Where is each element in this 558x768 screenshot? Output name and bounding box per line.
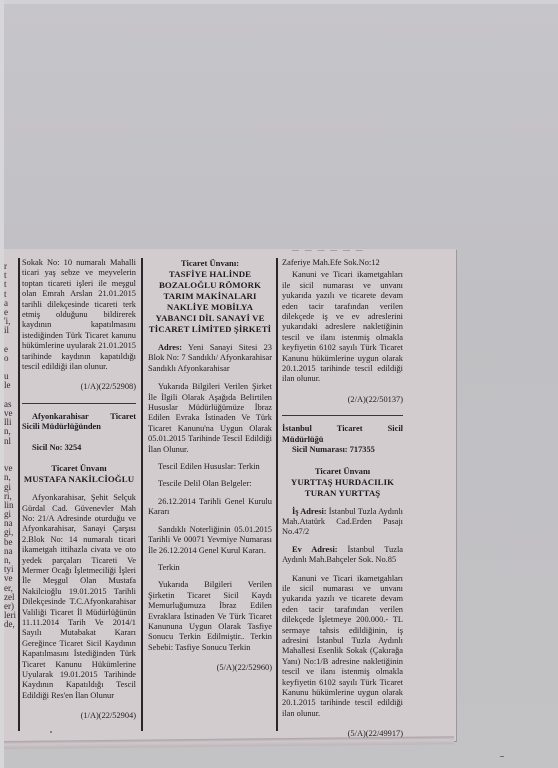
notice-body: Kanuni ve Ticari ikametgahları ile sicil… — [282, 270, 403, 384]
trade-name-line: YABANCI DİL SANAYİ VE — [148, 313, 272, 324]
margin-fragment: r — [4, 262, 16, 271]
trade-name-line: TİCARET LİMİTED ŞİRKETİ — [148, 324, 272, 335]
notice-divider — [282, 415, 403, 416]
notice-emrah-arslan-body: Sokak No: 10 numaralı Mahalli ticari yaş… — [22, 258, 136, 372]
notice-para: 26.12.2014 Tarihli Genel Kurulu Kararı — [148, 497, 272, 518]
margin-fragment: na — [4, 547, 16, 556]
margin-fragment: gi — [4, 510, 16, 519]
address-label: Adres: — [158, 343, 182, 352]
margin-fragment: tyi — [4, 565, 16, 574]
column-1: Sokak No: 10 numaralı Mahalli ticari yaş… — [22, 258, 136, 722]
margin-fragment: er, — [4, 584, 16, 593]
trade-name-line: NAKLİYE MOBİLYA — [148, 302, 272, 313]
column-rule-2 — [276, 258, 278, 731]
column-rule-1 — [141, 258, 143, 731]
scan-speck — [500, 756, 504, 757]
margin-fragment — [4, 455, 16, 464]
home-address-label: Ev Adresi: — [292, 545, 338, 554]
notice-reference: (5/A)(22/52960) — [148, 663, 272, 673]
margin-fragment: gi, — [4, 528, 16, 537]
margin-fragment: n, — [4, 556, 16, 565]
trade-name-label: Ticaret Ünvanı — [282, 466, 403, 477]
margin-fragment: er) — [4, 602, 16, 611]
cut-off-header-text: — — — — — — — [292, 247, 400, 253]
trade-name-block: Ticaret Ünvanı MUSTAFA NAKİLCİOĞLU — [22, 463, 136, 485]
notice-para: Sandıklı Noterliğinin 05.01.2015 Tarihli… — [148, 525, 272, 556]
notice-para: Terkin — [148, 563, 272, 573]
notice-reference: (5/A)(22/49917) — [282, 729, 403, 739]
notice-divider — [22, 403, 136, 404]
margin-fragment: ri, — [4, 492, 16, 501]
margin-fragment: o — [4, 354, 16, 363]
margin-fragment — [4, 336, 16, 345]
margin-fragment: nl — [4, 437, 16, 446]
trade-name-block: Ticaret Ünvanı: TASFİYE HALİNDE BOZALOĞL… — [148, 258, 272, 335]
notice-para: Tescil Edilen Hususlar: Terkin — [148, 462, 272, 472]
registry-office: Afyonkarahisar Ticaret Sicili Müdürlüğün… — [22, 412, 136, 433]
trade-name-block: Ticaret Ünvanı YURTTAŞ HURDACILIK TURAN … — [282, 466, 403, 499]
sicil-number: Sicil No: 3254 — [22, 443, 136, 453]
margin-fragment: na — [4, 519, 16, 528]
margin-fragment — [4, 363, 16, 372]
notice-para: Yukarıda Bilgileri Verilen Şirketin Tica… — [148, 580, 272, 653]
notice-reference: (1/A)(22/52904) — [22, 711, 136, 721]
notice-nakilcioglu-body: Afyonkarahisar, Şehit Selçuk Gürdal Cad.… — [22, 493, 136, 701]
margin-fragment: zel — [4, 593, 16, 602]
business-address-label: İş Adresi: — [292, 507, 327, 516]
trade-name-line: TARIM MAKİNALARI — [148, 291, 272, 302]
margin-fragment: t — [4, 290, 16, 299]
registry-line-2: Müdürlüğü — [282, 435, 403, 445]
margin-fragment: lin — [4, 501, 16, 510]
margin-fragment: leri — [4, 611, 16, 620]
sicil-number: Sicil Numarası: 717355 — [282, 445, 403, 455]
margin-fragment: ve — [4, 574, 16, 583]
notice-address-lead: Zaferiye Mah.Efe Sok.No:12 — [282, 258, 403, 268]
margin-fragment: gi — [4, 483, 16, 492]
margin-fragment: 'i, — [4, 317, 16, 326]
margin-fragment: t — [4, 271, 16, 280]
margin-fragment: n, — [4, 427, 16, 436]
column-3: Zaferiye Mah.Efe Sok.No:12 Kanuni ve Tic… — [282, 258, 403, 740]
left-margin-text-fragments: rtttae'i,ileouleasvellin,nlven,giri,ling… — [4, 262, 16, 630]
notice-para: Tescile Delil Olan Belgeler: — [148, 479, 272, 489]
margin-fragment: u — [4, 372, 16, 381]
margin-fragment: ve — [4, 464, 16, 473]
trade-name-label: Ticaret Ünvanı: — [148, 258, 272, 269]
margin-fragment — [4, 391, 16, 400]
margin-fragment: de, — [4, 620, 16, 629]
trade-name-line: YURTTAŞ HURDACILIK — [282, 477, 403, 488]
notice-para: Yukarıda Bilgileri Verilen Şirket İle İl… — [148, 382, 272, 455]
scan-speck — [50, 731, 52, 733]
column-2: Ticaret Ünvanı: TASFİYE HALİNDE BOZALOĞL… — [148, 258, 272, 674]
margin-fragment: a — [4, 299, 16, 308]
margin-fragment: be — [4, 538, 16, 547]
margin-fragment: lli — [4, 418, 16, 427]
trade-name-label: Ticaret Ünvanı — [22, 463, 136, 474]
business-address: İş Adresi: İstanbul Tuzla Aydınlı Mah.At… — [282, 507, 403, 538]
margin-fragment: n, — [4, 473, 16, 482]
column-rule-left — [18, 258, 20, 731]
margin-fragment: le — [4, 381, 16, 390]
registry-line-1: İstanbul Ticaret Sicil — [282, 424, 403, 434]
margin-fragment: as — [4, 400, 16, 409]
registry-office: İstanbul Ticaret Sicil Müdürlüğü — [282, 424, 403, 445]
margin-fragment: e — [4, 308, 16, 317]
notice-reference: (2/A)(22/50137) — [282, 395, 403, 405]
home-address: Ev Adresi: İstanbul Tuzla Aydınlı Mah.Ba… — [282, 545, 403, 566]
trade-name: MUSTAFA NAKİLCİOĞLU — [22, 474, 136, 485]
trade-name-line: TASFİYE HALİNDE — [148, 269, 272, 280]
margin-fragment: e — [4, 345, 16, 354]
margin-fragment: ve — [4, 409, 16, 418]
margin-fragment: t — [4, 280, 16, 289]
scan-top-edge — [0, 0, 558, 4]
trade-name-line: BOZALOĞLU RÖMORK — [148, 280, 272, 291]
margin-fragment: il — [4, 326, 16, 335]
company-address: Adres: Yeni Sanayi Sitesi 23 Blok No: 7 … — [148, 343, 272, 374]
margin-fragment — [4, 446, 16, 455]
notice-reference: (1/A)(22/52908) — [22, 382, 136, 392]
trade-name-line: TURAN YURTTAŞ — [282, 488, 403, 499]
notice-body: Kanuni ve Ticari ikametgahları ile sicil… — [282, 574, 403, 720]
